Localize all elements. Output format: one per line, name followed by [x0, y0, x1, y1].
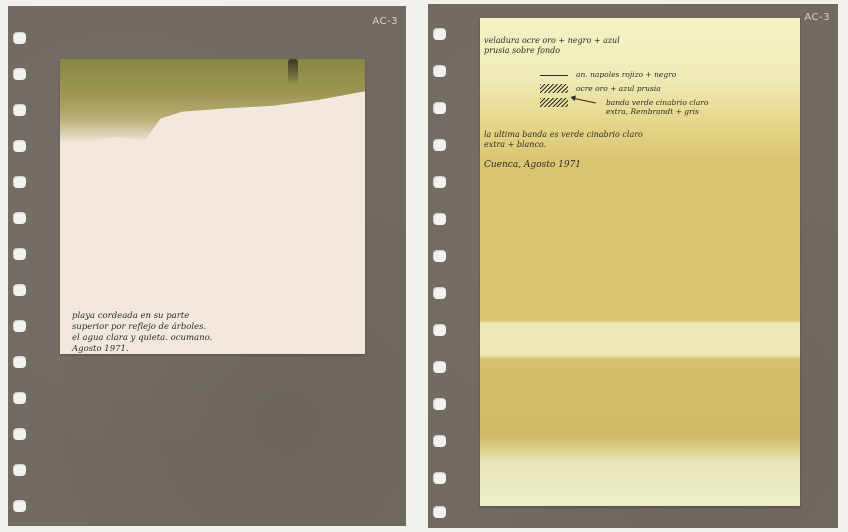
- punch-hole: [433, 361, 446, 373]
- canvas-sample-right: veladura ocre oro + negro + azul prusia …: [480, 18, 800, 506]
- header-note: veladura ocre oro + negro + azul prusia …: [484, 36, 620, 56]
- punch-hole: [13, 356, 26, 368]
- punch-hole: [433, 398, 446, 410]
- punch-hole: [13, 140, 26, 152]
- punch-hole: [433, 176, 446, 188]
- reference-label: AC-3: [372, 16, 398, 27]
- punch-hole: [13, 68, 26, 80]
- punch-hole: [433, 472, 446, 484]
- album-page-left: AC-3 playa cordeada en su parte superior…: [8, 6, 406, 526]
- punch-hole: [13, 500, 26, 512]
- note-line: superior por reflejo de árboles.: [72, 322, 212, 333]
- hatch-swatch: [540, 98, 568, 107]
- hatch-swatch: [540, 84, 568, 93]
- footer-note: la ultima banda es verde cinabrio claro …: [484, 130, 643, 150]
- dark-paint-streak: [288, 59, 298, 85]
- punch-hole: [433, 139, 446, 151]
- note-line: la ultima banda es verde cinabrio claro: [484, 130, 643, 140]
- punch-hole: [433, 506, 446, 518]
- olive-paint-stroke: [60, 59, 365, 144]
- legend-item: an. napoles rojizo + negro: [540, 70, 676, 79]
- punch-hole: [433, 287, 446, 299]
- note-line: prusia sobre fondo: [484, 46, 620, 56]
- punch-hole: [13, 248, 26, 260]
- note-line: el agua clara y quieta. ocumano.: [72, 333, 212, 344]
- note-line: playa cordeada en su parte: [72, 311, 212, 322]
- punch-hole: [13, 428, 26, 440]
- punch-hole: [13, 104, 26, 116]
- punch-hole: [13, 464, 26, 476]
- note-line: extra + blanco.: [484, 140, 643, 150]
- punch-hole: [433, 435, 446, 447]
- punch-hole: [13, 176, 26, 188]
- legend-text: banda verde cinabrio claro extra, Rembra…: [606, 98, 726, 116]
- note-line: Agosto 1971.: [72, 344, 212, 354]
- punch-hole: [433, 28, 446, 40]
- line-swatch: [540, 75, 568, 76]
- legend-text: an. napoles rojizo + negro: [576, 70, 676, 79]
- legend-item: banda verde cinabrio claro extra, Rembra…: [540, 98, 726, 116]
- punch-hole: [433, 213, 446, 225]
- punch-hole: [13, 32, 26, 44]
- note-line: veladura ocre oro + negro + azul: [484, 36, 620, 46]
- album-page-right: AC-3 veladura ocre oro + negro + azul pr…: [428, 4, 838, 528]
- punch-hole: [13, 212, 26, 224]
- punch-hole: [13, 320, 26, 332]
- punch-hole: [433, 324, 446, 336]
- canvas-sample-left: playa cordeada en su parte superior por …: [60, 59, 365, 354]
- punch-hole: [433, 65, 446, 77]
- punch-hole: [13, 284, 26, 296]
- punch-hole: [433, 250, 446, 262]
- punch-hole: [433, 102, 446, 114]
- punch-hole: [13, 392, 26, 404]
- handwritten-note: playa cordeada en su parte superior por …: [72, 311, 212, 354]
- legend-item: ocre oro + azul prusia: [540, 84, 661, 93]
- reference-label: AC-3: [804, 12, 830, 23]
- legend-text: ocre oro + azul prusia: [576, 84, 661, 93]
- signature: Cuenca, Agosto 1971: [484, 160, 581, 170]
